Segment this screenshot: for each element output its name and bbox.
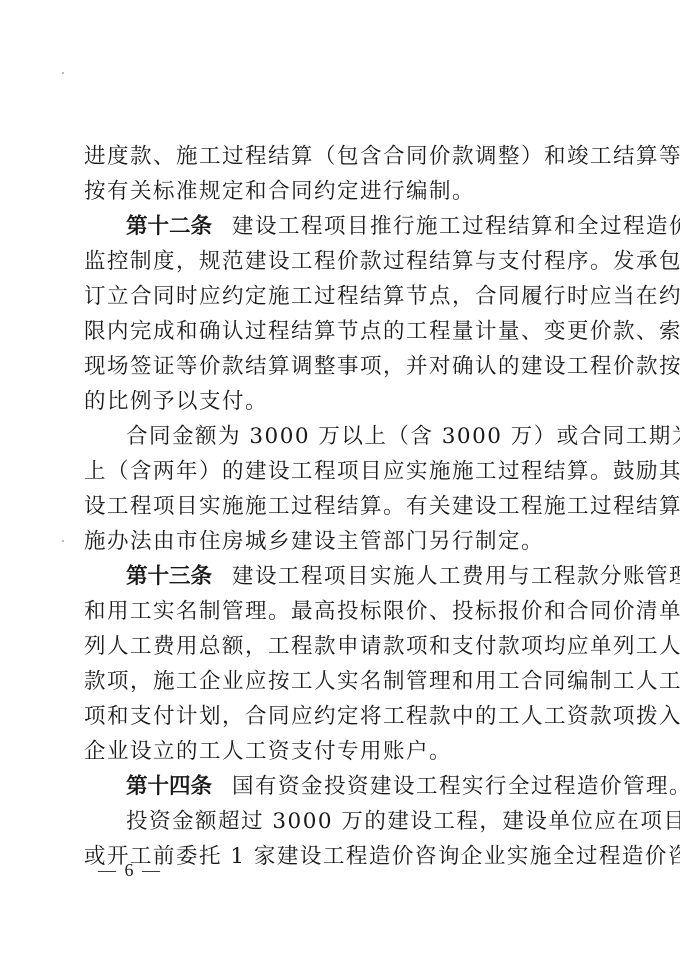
page-number: — 6 — [98,860,162,881]
article-title: 第十二条 [126,214,212,239]
body-line: 企业设立的工人工资支付专用账户。 [84,734,604,769]
scan-mark [62,540,64,542]
article-title: 第十四条 [126,774,212,799]
body-line: 订立合同时应约定施工过程结算节点，合同履行时应当在约定期 [84,279,604,314]
body-line: 款项，施工企业应按工人实名制管理和用工合同编制工人工资款 [84,664,604,699]
body-line: 现场签证等价款结算调整事项，并对确认的建设工程价款按约定 [84,349,604,384]
body-line: 施办法由市住房城乡建设主管部门另行制定。 [84,524,604,559]
body-line: 合同金额为 3000 万以上（含 3000 万）或合同工期为两年以 [84,419,604,454]
document-page: 进度款、施工过程结算（包含合同价款调整）和竣工结算等均应 按有关标准规定和合同约… [0,0,680,962]
body-line: 和用工实名制管理。最高投标限价、投标报价和合同价清单应单 [84,594,604,629]
body-line: 上（含两年）的建设工程项目应实施施工过程结算。鼓励其他建 [84,454,604,489]
article-text: 建设工程项目实施人工费用与工程款分账管理 [232,564,680,589]
body-line: 按有关标准规定和合同约定进行编制。 [84,174,604,209]
article-text: 国有资金投资建设工程实行全过程造价管理。 [232,774,680,799]
body-line: 项和支付计划，合同应约定将工程款中的工人工资款项拨入施工 [84,699,604,734]
body-line: 或开工前委托 1 家建设工程造价咨询企业实施全过程造价咨询 [84,839,604,874]
document-body: 进度款、施工过程结算（包含合同价款调整）和竣工结算等均应 按有关标准规定和合同约… [84,139,604,874]
article-text: 建设工程项目推行施工过程结算和全过程造价 [232,214,680,239]
body-line: 投资金额超过 3000 万的建设工程，建设单位应在项目立项 [84,804,604,839]
body-line: 列人工费用总额，工程款申请款项和支付款项均应单列工人工资 [84,629,604,664]
body-line: 设工程项目实施施工过程结算。有关建设工程施工过程结算的实 [84,489,604,524]
body-line: 进度款、施工过程结算（包含合同价款调整）和竣工结算等均应 [84,139,604,174]
body-line: 监控制度，规范建设工程价款过程结算与支付程序。发承包双方 [84,244,604,279]
article-13-heading-line: 第十三条建设工程项目实施人工费用与工程款分账管理 [84,559,604,594]
scan-mark [62,72,64,74]
article-14-heading-line: 第十四条国有资金投资建设工程实行全过程造价管理。 [84,769,604,804]
body-line: 的比例予以支付。 [84,384,604,419]
article-12-heading-line: 第十二条建设工程项目推行施工过程结算和全过程造价 [84,209,604,244]
article-title: 第十三条 [126,564,212,589]
body-line: 限内完成和确认过程结算节点的工程量计量、变更价款、索赔与 [84,314,604,349]
